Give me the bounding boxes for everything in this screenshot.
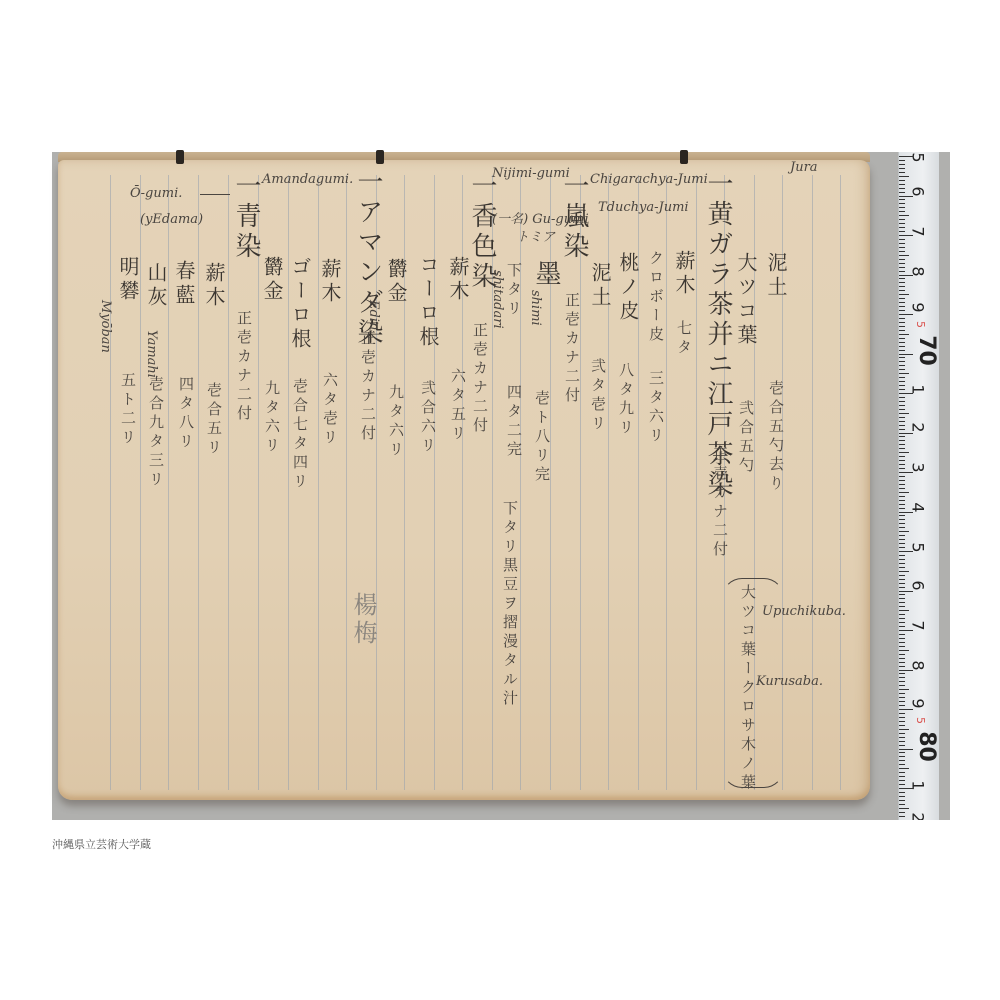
staple (680, 150, 688, 164)
ruler-tick (899, 361, 905, 362)
annotation-gu-gumi: (一名) Gu-gumi (492, 208, 589, 227)
ruler-tick (899, 776, 905, 777)
entry-momo-kawa: 桃ノ皮 (614, 252, 643, 324)
rule-line (840, 175, 841, 790)
ruler-tick (899, 709, 913, 710)
ruler-tick (899, 168, 905, 169)
ruler-tick (899, 713, 905, 714)
ruler-tick (899, 768, 909, 769)
ruler-tick (899, 764, 905, 765)
annotation-tomia: トミア (516, 226, 555, 245)
ruler-tick (899, 606, 905, 607)
ruler-tick (899, 409, 905, 410)
ruler-tick (899, 721, 905, 722)
ruler-tick (899, 346, 905, 347)
ruler-tick (899, 456, 905, 457)
entry-ran-zome-ratio: 正壱カナ二付 (562, 292, 583, 406)
entry-shitatari: 下タリ (504, 262, 525, 319)
entry-yama-hai-amount: 壱合九タ三リ (146, 376, 167, 490)
ruler-tick (899, 756, 905, 757)
entry-takigi-2: 薪木 (444, 256, 473, 304)
ruler-tick (899, 306, 905, 307)
ruler-tick (899, 271, 905, 272)
entry-takigi-3: 薪木 (316, 258, 345, 306)
ruler-tick (899, 780, 905, 781)
ruler-tick (899, 737, 905, 738)
ruler-tick (899, 677, 905, 678)
ruler-tick (899, 326, 905, 327)
ruler-tick (899, 772, 905, 773)
entry-doro-2-amount: 弐タ壱リ (588, 358, 609, 434)
entry-doro: 泥土 (762, 252, 791, 300)
ruler-tick (899, 598, 905, 599)
ruler-tick (899, 350, 905, 351)
ruler-tick (899, 531, 909, 532)
ruler-tick (899, 373, 909, 374)
entry-sumi: 墨 (528, 260, 565, 290)
ruler-tick (899, 583, 905, 584)
entry-doro-2: 泥土 (586, 262, 615, 310)
entry-ao-zome-ratio: 正壱カナ二付 (234, 310, 255, 424)
ruler-tick (899, 666, 905, 667)
entry-goro-ne: ゴーロ根 (286, 256, 315, 352)
ruler-tick (899, 211, 905, 212)
annotation-tduchya: Tduchya-Jumi (598, 200, 689, 215)
ruler-half-mark: 5 (914, 717, 927, 724)
ruler-tick (899, 381, 905, 382)
ruler-tick (899, 429, 905, 430)
ruler-tick (899, 235, 913, 236)
ruler-tick (899, 330, 905, 331)
ruler-tick (899, 816, 905, 817)
annotation-edin: Edin (366, 300, 381, 330)
entry-doro-amount: 壱合五勺去り (766, 380, 787, 494)
ruler-tick (899, 717, 905, 718)
entry-takigi-3-amount: 六タ壱リ (320, 372, 341, 448)
ruler-tick (899, 646, 905, 647)
ruler-tick (899, 452, 909, 453)
ruler-tick (899, 385, 905, 386)
ruler-tick (899, 587, 905, 588)
entry-kouiro-zome-ratio: 正壱カナ二付 (470, 322, 491, 436)
entry-amanda-zome-ratio: 正壱カナ二付 (358, 330, 379, 444)
entry-kurobo-kawa: クロボー皮 (646, 250, 667, 345)
ruler-tick (899, 749, 913, 750)
entry-takigi-2-amount: 六タ五リ (448, 368, 469, 444)
ruler-tick (899, 448, 905, 449)
ruler-tick (899, 298, 905, 299)
annotation-kurusaba: Kurusaba. (756, 674, 823, 689)
ruler-tick (899, 729, 909, 730)
ruler-tick (899, 164, 905, 165)
ruler-tick (899, 630, 913, 631)
ruler-tick (899, 622, 905, 623)
ruler-tick (899, 808, 909, 809)
ruler-tick (899, 689, 909, 690)
ruler-tick (899, 658, 905, 659)
annotation-yamahi: Yamahi (144, 330, 159, 378)
ruler-tick (899, 219, 905, 220)
ruler-tick (899, 638, 905, 639)
ruler-tick (899, 464, 905, 465)
annotation-yedama: (yEdama) (140, 212, 203, 227)
ruler-tick (899, 733, 905, 734)
ruler-tick (899, 515, 905, 516)
ruler-tick (899, 247, 905, 248)
rule-line (346, 175, 347, 790)
ruler-tick (899, 519, 905, 520)
ruler-tick (899, 413, 909, 414)
ruler-tick (899, 231, 905, 232)
ruler-tick (899, 539, 905, 540)
entry-kuro-ne-amount: 弐合六リ (418, 380, 439, 456)
ruler-tick (899, 508, 905, 509)
ruler-tick (899, 275, 913, 276)
entry-takigi: 薪木 (670, 250, 699, 298)
ruler-tick (899, 389, 905, 390)
ruler-tick (899, 705, 905, 706)
ruler-tick (899, 551, 913, 552)
ruler-tick (899, 527, 905, 528)
ruler-tick (899, 555, 905, 556)
ruler-tick (899, 512, 913, 513)
entry-ao-zome: 一青染 (228, 172, 265, 262)
annotation-shimi: shimi (528, 290, 543, 326)
ruler-tick (899, 405, 905, 406)
ruler-tick (899, 547, 905, 548)
entry-goro-ne-amount: 壱合七タ四リ (290, 378, 311, 492)
entry-takigi-4: 薪木 (200, 262, 229, 310)
ruler-tick (899, 433, 913, 434)
ruler-tick (899, 610, 909, 611)
ruler-tick (899, 227, 905, 228)
ruler-tick (899, 334, 909, 335)
ruler-tick (899, 559, 905, 560)
rule-line (110, 175, 111, 790)
entry-yama-hai: 山灰 (142, 262, 171, 310)
ruler-tick (899, 223, 905, 224)
ruler-tick (899, 239, 905, 240)
entry-ukon-2-amount: 九タ六リ (262, 380, 283, 456)
annotation-nijimi: Nijimi-gumi (492, 166, 570, 181)
ruler-label: 5 (909, 152, 928, 162)
ruler-tick (899, 290, 905, 291)
ruler-tick (899, 745, 905, 746)
ruler-tick (899, 468, 905, 469)
ruler-tick (899, 496, 905, 497)
ruler-tick (899, 294, 909, 295)
ruler-tick (899, 192, 905, 193)
ruler-tick (899, 251, 905, 252)
ruler-label: 2 (909, 422, 928, 432)
ruler-tick (899, 286, 905, 287)
ruler-tick (899, 614, 905, 615)
ruler-label: 2 (909, 812, 928, 820)
ruler-tick (899, 693, 905, 694)
rule-line (812, 175, 813, 790)
ruler-tick (899, 322, 905, 323)
ruler-tick (899, 752, 905, 753)
ruler-tick (899, 543, 905, 544)
entry-yamamomo-faint: 楊梅 (346, 592, 381, 648)
ruler-tick (899, 421, 905, 422)
annotation-shitadari: shitadari (490, 270, 505, 329)
ruler-label: 80 (914, 731, 939, 762)
ruler-label: 6 (909, 580, 928, 590)
ruler-tick (899, 626, 905, 627)
ruler-tick (899, 267, 905, 268)
ruler-tick (899, 488, 905, 489)
arrow-o-gumi (200, 194, 230, 195)
ruler-tick (899, 681, 905, 682)
ruler-tick (899, 701, 905, 702)
ruler-tick (899, 484, 905, 485)
staple (376, 150, 384, 164)
ruler-tick (899, 591, 913, 592)
ruler-tick (899, 417, 905, 418)
ruler-label: 1 (909, 780, 928, 790)
ruler-tick (899, 444, 905, 445)
ruler-tick (899, 788, 913, 789)
ruler-tick (899, 243, 905, 244)
entry-momo-kawa-amount: 八タ九リ (616, 362, 637, 438)
entry-kigara-cha-ratio: 正壱カナ二付 (710, 446, 731, 560)
annotation-jura: Jura (790, 160, 818, 175)
ruler-tick (899, 369, 905, 370)
ruler-tick (899, 263, 905, 264)
ruler-tick (899, 207, 905, 208)
ruler-tick (899, 255, 909, 256)
entry-shitatari-note: 下タリ黒豆ヲ摺漫タル汁 (500, 500, 521, 709)
annotation-myoban: Myōban (98, 300, 113, 353)
ruler-tick (899, 176, 909, 177)
entry-ukon-2: 欝金 (258, 256, 287, 304)
entry-shun-ai: 春藍 (170, 260, 199, 308)
ruler-label: 9 (909, 698, 928, 708)
entry-shun-ai-amount: 四タ八リ (176, 376, 197, 452)
ruler-tick (899, 784, 905, 785)
ruler-tick (899, 618, 905, 619)
ruler-tick (899, 662, 905, 663)
ruler-tick (899, 472, 913, 473)
rule-line (580, 175, 581, 790)
ruler-tick (899, 812, 905, 813)
ruler-tick (899, 172, 905, 173)
entry-takigi-4-amount: 壱合五リ (204, 382, 225, 458)
ruler-tick (899, 567, 905, 568)
ruler-tick (899, 725, 905, 726)
ruler-tick (899, 188, 905, 189)
ruler-tick (899, 650, 909, 651)
ruler-tick (899, 670, 913, 671)
ruler-tick (899, 642, 905, 643)
ruler-tick (899, 196, 913, 197)
entry-ukon-amount: 九タ六リ (386, 384, 407, 460)
ruler-tick (899, 338, 905, 339)
entry-otsuko-ha-amount: 弐合五勺 (736, 400, 757, 476)
ruler-tick (899, 741, 905, 742)
ruler-tick (899, 796, 905, 797)
ruler-tick (899, 310, 905, 311)
ruler-half-mark: 5 (914, 321, 927, 328)
ruler-tick (899, 760, 905, 761)
entry-myoban-amount: 五ト二リ (118, 372, 139, 448)
ruler-tick (899, 314, 913, 315)
ruler-tick (899, 673, 905, 674)
entry-takigi-amount: 七タ (674, 320, 695, 358)
ruler-tick (899, 282, 905, 283)
entry-shitatari-amount: 四タ二完 (504, 384, 525, 460)
ruler-tick (899, 425, 905, 426)
ruler-tick (899, 401, 905, 402)
ruler-tick (899, 685, 905, 686)
ruler-tick (899, 156, 913, 157)
ruler-tick (899, 480, 905, 481)
ruler-tick (899, 634, 905, 635)
annotation-amandagumi: Amandagumi. (262, 172, 353, 187)
entry-myoban: 明礬 (114, 256, 143, 304)
ruler-tick (899, 397, 905, 398)
ruler-label: 9 (909, 302, 928, 312)
ruler-tick (899, 476, 905, 477)
ruler-tick (899, 302, 905, 303)
ruler-tick (899, 460, 905, 461)
ruler-tick (899, 278, 905, 279)
ruler-tick (899, 594, 905, 595)
ruler-tick (899, 504, 905, 505)
ruler-tick (899, 184, 905, 185)
annotation-chigarachya: Chigarachya-Jumi (590, 172, 708, 187)
annotation-o-gumi: Ō-gumi. (130, 186, 182, 201)
ruler-tick (899, 492, 909, 493)
ruler-tick (899, 342, 905, 343)
measurement-ruler: 5 6 7 8 9 5 70 1 2 3 4 5 6 7 8 9 5 80 1 … (898, 152, 939, 820)
staple (176, 150, 184, 164)
ruler-tick (899, 365, 905, 366)
ruler-tick (899, 579, 905, 580)
ruler-tick (899, 199, 905, 200)
ruler-tick (899, 440, 905, 441)
ruler-tick (899, 259, 905, 260)
collection-caption: 沖縄県立芸術大学蔵 (52, 836, 151, 852)
ruler-tick (899, 203, 905, 204)
ruler-tick (899, 523, 905, 524)
ruler-tick (899, 697, 905, 698)
ruler-tick (899, 571, 909, 572)
ruler-tick (899, 354, 913, 355)
ruler-tick (899, 654, 905, 655)
entry-kuro-ne: コーロ根 (414, 254, 443, 350)
ruler-tick (899, 160, 905, 161)
ruler-tick (899, 180, 905, 181)
ruler-tick (899, 436, 905, 437)
entry-kurobo-kawa-amount: 三タ六リ (646, 370, 667, 446)
ruler-tick (899, 215, 909, 216)
ruler-tick (899, 393, 913, 394)
ruler-tick (899, 792, 905, 793)
ruler-label: 70 (914, 335, 939, 366)
ruler-tick (899, 563, 905, 564)
entry-sumi-amount: 壱ト八リ完 (532, 390, 553, 485)
ruler-tick (899, 357, 905, 358)
ruler-tick (899, 602, 905, 603)
ruler-tick (899, 535, 905, 536)
ruler-tick (899, 500, 905, 501)
ruler-tick (899, 575, 905, 576)
ruler-tick (899, 800, 905, 801)
ruler-tick (899, 318, 905, 319)
ruler-tick (899, 377, 905, 378)
annotation-upuchikuba: Upuchikuba. (762, 604, 846, 619)
ruler-tick (899, 804, 905, 805)
